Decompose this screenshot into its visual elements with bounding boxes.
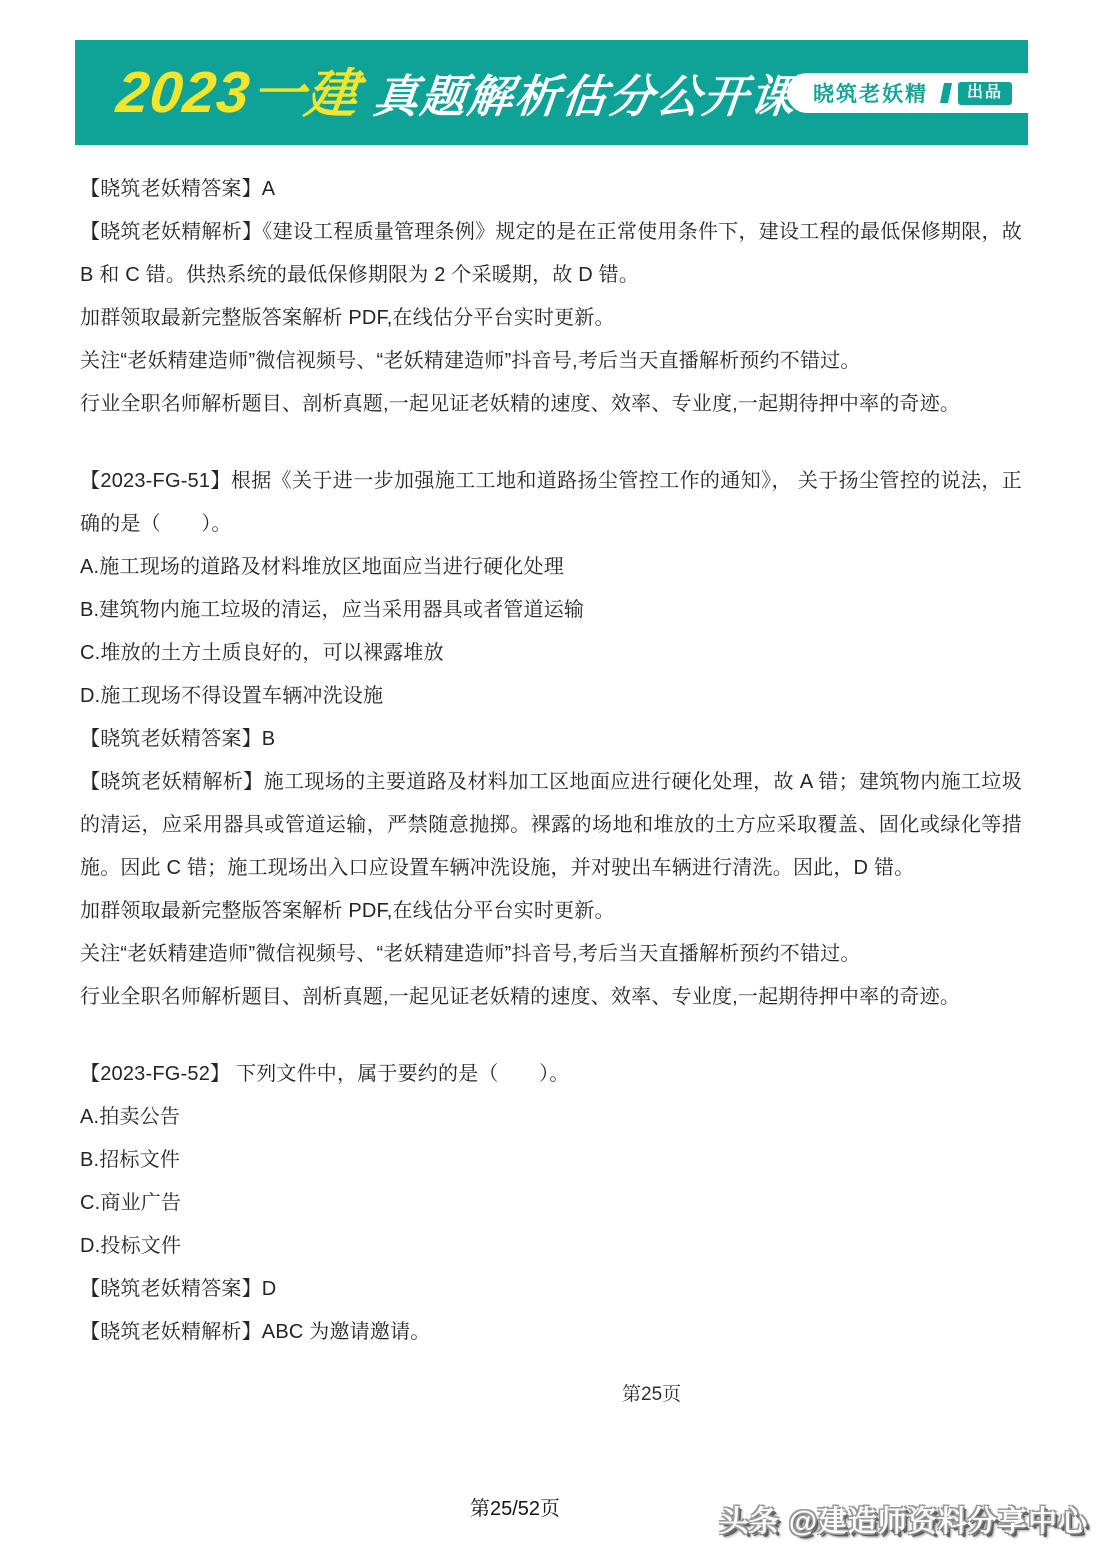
document-page: 2023 一建 真题解析估分公开课 晓筑老妖精 出品 【晓筑老妖精答案】A 【晓… bbox=[0, 0, 1102, 1559]
question-paragraph: 【2023-FG-52】 下列文件中，属于要约的是（ ）。 bbox=[80, 1053, 1022, 1096]
header-banner: 2023 一建 真题解析估分公开课 晓筑老妖精 出品 bbox=[75, 40, 1028, 145]
footer-page-number: 第25/52页 bbox=[470, 1492, 560, 1521]
promo-line: 加群领取最新完整版答案解析 PDF,在线估分平台实时更新。 bbox=[80, 297, 1022, 340]
option-line: A.施工现场的道路及材料堆放区地面应当进行硬化处理 bbox=[80, 546, 1022, 589]
option-line: B.建筑物内施工垃圾的清运，应当采用器具或者管道运输 bbox=[80, 589, 1022, 632]
publisher-badge: 出品 bbox=[958, 82, 1012, 105]
option-line: C.堆放的土方土质良好的，可以裸露堆放 bbox=[80, 632, 1022, 675]
document-body: 【晓筑老妖精答案】A 【晓筑老妖精解析】《建设工程质量管理条例》规定的是在正常使… bbox=[80, 168, 1022, 1354]
section-spacer bbox=[80, 1019, 1022, 1053]
option-line: B.招标文件 bbox=[80, 1139, 1022, 1182]
brand-pill: 晓筑老妖精 出品 bbox=[787, 73, 1028, 113]
banner-year: 2023 bbox=[114, 64, 253, 122]
promo-line: 关注“老妖精建造师”微信视频号、“老妖精建造师”抖音号,考后当天直播解析预约不错… bbox=[80, 340, 1022, 383]
answer-line: 【晓筑老妖精答案】D bbox=[80, 1268, 1022, 1311]
analysis-paragraph: 【晓筑老妖精解析】ABC 为邀请邀请。 bbox=[80, 1311, 1022, 1354]
promo-line: 加群领取最新完整版答案解析 PDF,在线估分平台实时更新。 bbox=[80, 890, 1022, 933]
analysis-paragraph: 【晓筑老妖精解析】施工现场的主要道路及材料加工区地面应进行硬化处理，故 A 错；… bbox=[80, 761, 1022, 890]
banner-course-title: 真题解析估分公开课 bbox=[371, 74, 799, 119]
option-line: D.施工现场不得设置车辆冲洗设施 bbox=[80, 675, 1022, 718]
promo-line: 关注“老妖精建造师”微信视频号、“老妖精建造师”抖音号,考后当天直播解析预约不错… bbox=[80, 933, 1022, 976]
option-line: D.投标文件 bbox=[80, 1225, 1022, 1268]
section-spacer bbox=[80, 426, 1022, 460]
banner-course-label: 一建 bbox=[249, 68, 361, 121]
question-paragraph: 【2023-FG-51】根据《关于进一步加强施工工地和道路扬尘管控工作的通知》，… bbox=[80, 460, 1022, 546]
promo-line: 行业全职名师解析题目、剖析真题,一起见证老妖精的速度、效率、专业度,一起期待押中… bbox=[80, 383, 1022, 426]
inner-page-number: 第25页 bbox=[622, 1379, 681, 1406]
option-line: C.商业广告 bbox=[80, 1182, 1022, 1225]
flag-icon bbox=[940, 83, 952, 103]
analysis-paragraph: 【晓筑老妖精解析】《建设工程质量管理条例》规定的是在正常使用条件下，建设工程的最… bbox=[80, 211, 1022, 297]
watermark: 头条 @建造师资料分享中心 bbox=[720, 1499, 1088, 1540]
option-line: A.拍卖公告 bbox=[80, 1096, 1022, 1139]
promo-line: 行业全职名师解析题目、剖析真题,一起见证老妖精的速度、效率、专业度,一起期待押中… bbox=[80, 976, 1022, 1019]
banner-title: 2023 一建 真题解析估分公开课 bbox=[114, 64, 800, 122]
answer-line: 【晓筑老妖精答案】A bbox=[80, 168, 1022, 211]
answer-line: 【晓筑老妖精答案】B bbox=[80, 718, 1022, 761]
brand-name: 晓筑老妖精 bbox=[813, 78, 928, 108]
